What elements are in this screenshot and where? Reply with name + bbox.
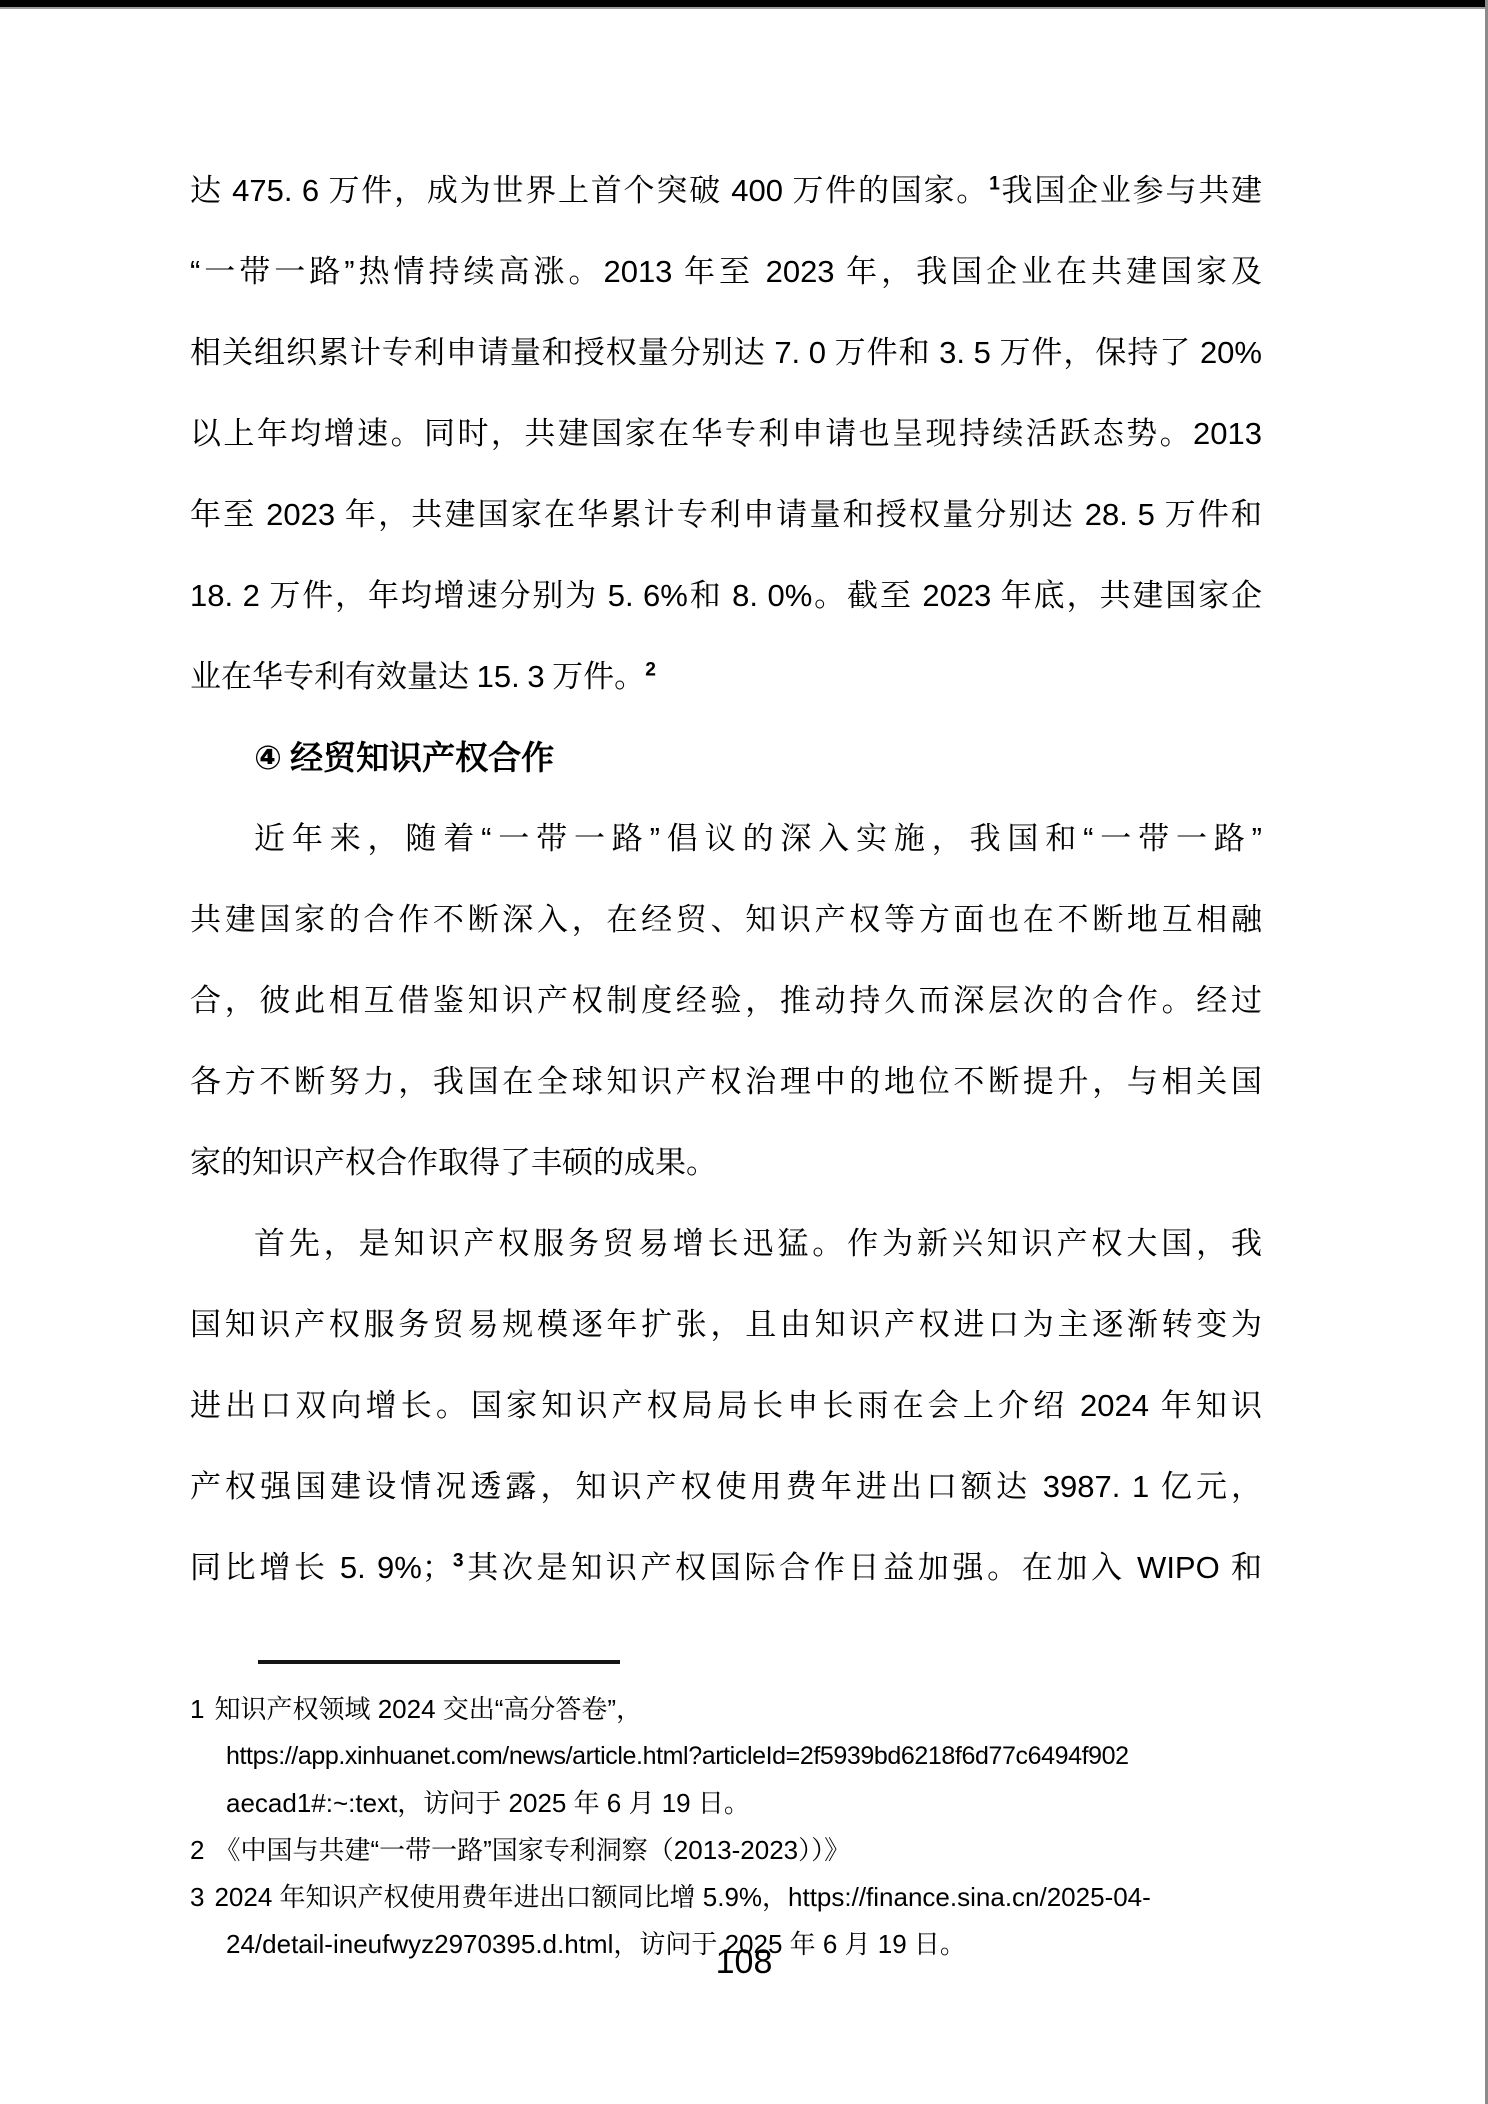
footnote-line: https://app.xinhuanet.com/news/article.h… — [190, 1733, 1262, 1780]
footnote-ref-1: 1 — [989, 174, 1000, 195]
footnote-line: 32024 年知识产权使用费年进出口额同比增 5.9%，https://fina… — [190, 1874, 1262, 1921]
page-top-edge — [0, 0, 1488, 9]
page-number: 108 — [0, 1936, 1488, 1988]
body-line: 以上年均增速。同时，共建国家在华专利申请也呈现持续活跃态势。2013 — [190, 393, 1262, 474]
body-line: 进出口双向增长。国家知识产权局局长申长雨在会上介绍 2024 年知识 — [190, 1365, 1262, 1446]
body-line: 近年来，随着“一带一路”倡议的深入实施，我国和“一带一路” — [190, 798, 1262, 879]
body-line: 各方不断努力，我国在全球知识产权治理中的地位不断提升，与相关国 — [190, 1041, 1262, 1122]
body-line: 达 475. 6 万件，成为世界上首个突破 400 万件的国家。1我国企业参与共… — [190, 150, 1262, 231]
footnote-ref-2: 2 — [645, 660, 656, 681]
body-line: 共建国家的合作不断深入，在经贸、知识产权等方面也在不断地互相融 — [190, 879, 1262, 960]
body-line: 家的知识产权合作取得了丰硕的成果。 — [190, 1122, 1262, 1203]
footnote-ref-3: 3 — [453, 1551, 464, 1572]
body-line: “一带一路”热情持续高涨。2013 年至 2023 年，我国企业在共建国家及 — [190, 231, 1262, 312]
footnote-text: 2024 年知识产权使用费年进出口额同比增 5.9%，https://finan… — [214, 1882, 1150, 1912]
body-text: 业在华专利有效量达 15. 3 万件。 — [190, 659, 645, 694]
footnote-line: 2《中国与共建“一带一路”国家专利洞察（2013-2023））》 — [190, 1827, 1262, 1874]
footnotes-section: 1知识产权领域 2024 交出“高分答卷”， https://app.xinhu… — [190, 1686, 1262, 1968]
footnote-line: 1知识产权领域 2024 交出“高分答卷”， — [190, 1686, 1262, 1733]
body-line: 同比增长 5. 9%；3其次是知识产权国际合作日益加强。在加入 WIPO 和 — [190, 1527, 1262, 1608]
document-body: 达 475. 6 万件，成为世界上首个突破 400 万件的国家。1我国企业参与共… — [190, 150, 1262, 1608]
footnote-marker: 1 — [190, 1694, 204, 1724]
body-line: 合，彼此相互借鉴知识产权制度经验，推动持久而深层次的合作。经过 — [190, 960, 1262, 1041]
body-text: 同比增长 5. 9%； — [190, 1550, 453, 1585]
body-line: 首先，是知识产权服务贸易增长迅猛。作为新兴知识产权大国，我 — [190, 1203, 1262, 1284]
body-line: 年至 2023 年，共建国家在华累计专利申请量和授权量分别达 28. 5 万件和 — [190, 474, 1262, 555]
footnote-text: 《中国与共建“一带一路”国家专利洞察（2013-2023））》 — [214, 1835, 850, 1865]
body-line: 相关组织累计专利申请量和授权量分别达 7. 0 万件和 3. 5 万件，保持了 … — [190, 312, 1262, 393]
section-heading: ④ 经贸知识产权合作 — [190, 717, 1262, 798]
footnote-separator — [258, 1660, 620, 1664]
footnote-marker: 3 — [190, 1882, 204, 1912]
footnote-marker: 2 — [190, 1835, 204, 1865]
body-line: 18. 2 万件，年均增速分别为 5. 6%和 8. 0%。截至 2023 年底… — [190, 555, 1262, 636]
body-line: 国知识产权服务贸易规模逐年扩张，且由知识产权进口为主逐渐转变为 — [190, 1284, 1262, 1365]
body-line: 业在华专利有效量达 15. 3 万件。2 — [190, 636, 1262, 717]
footnote-line: aecad1#:~:text，访问于 2025 年 6 月 19 日。 — [190, 1780, 1262, 1827]
body-text: 其次是知识产权国际合作日益加强。在加入 WIPO 和 — [464, 1550, 1262, 1585]
body-text: 达 475. 6 万件，成为世界上首个突破 400 万件的国家。 — [190, 173, 989, 208]
footnote-text: 知识产权领域 2024 交出“高分答卷”， — [214, 1694, 642, 1724]
body-line: 产权强国建设情况透露，知识产权使用费年进出口额达 3987. 1 亿元， — [190, 1446, 1262, 1527]
body-text: 我国企业参与共建 — [1000, 173, 1262, 208]
